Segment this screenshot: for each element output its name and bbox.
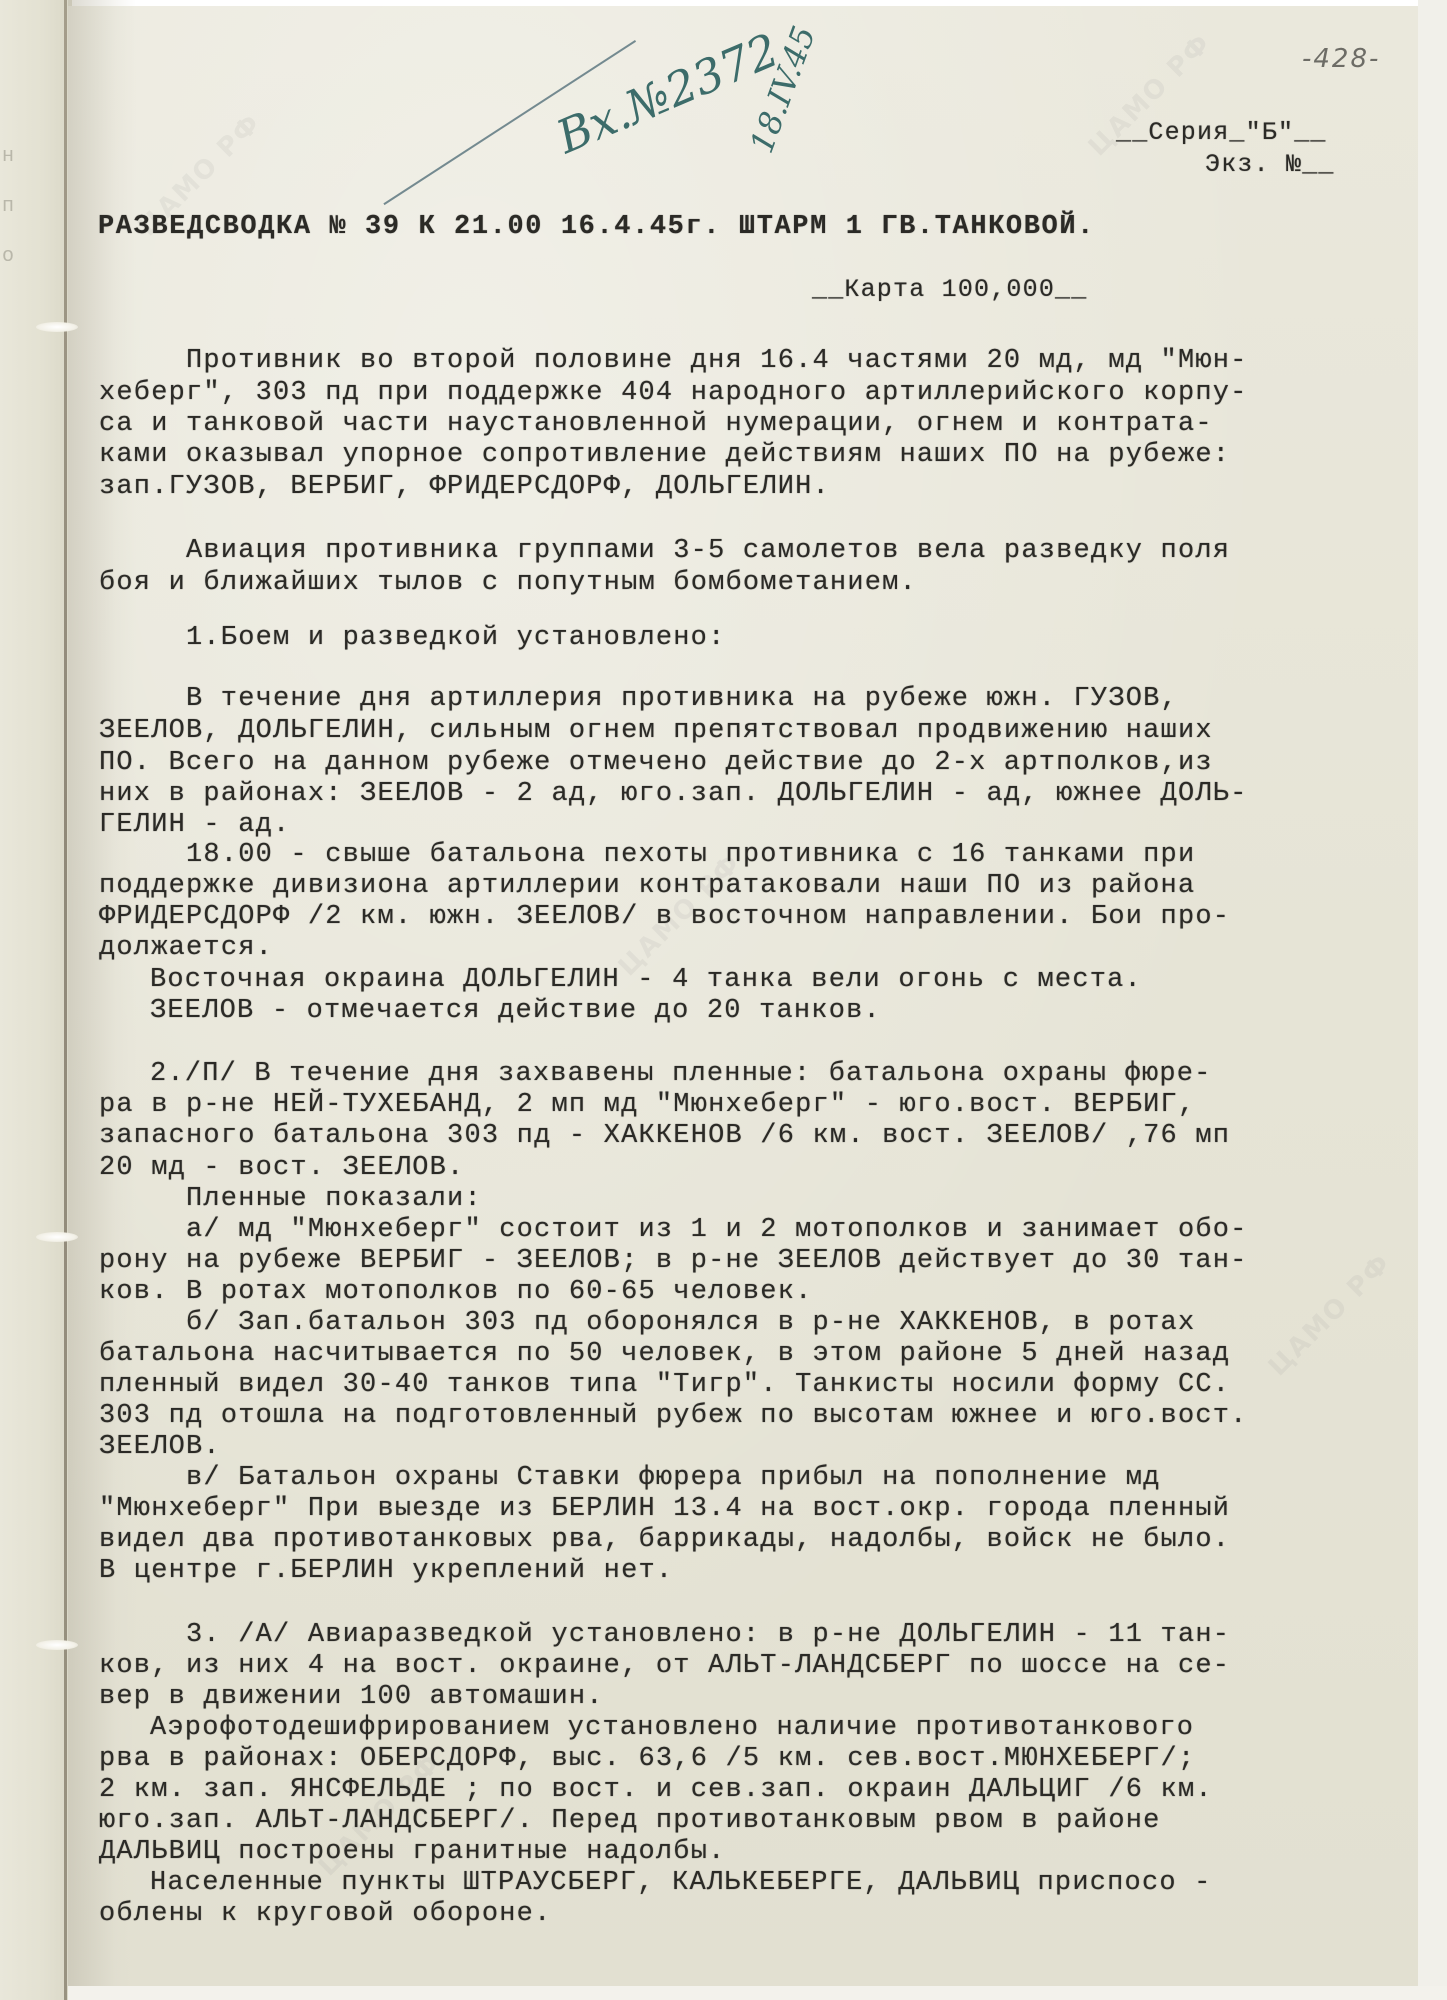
report-text-line: 2 км. зап. ЯНСФЕЛЬДЕ ; по вост. и сев.за… [99,1775,1213,1805]
report-text-line: них в районах: ЗЕЕЛОВ - 2 ад, юго.зап. Д… [99,779,1248,809]
report-text-line: запасного батальона 303 пд - ХАККЕНОВ /6… [99,1121,1230,1151]
report-text-line: ЗЕЕЛОВ - отмечается действие до 20 танко… [150,996,881,1026]
report-text-line: ков. В ротах мотополков по 60-65 человек… [99,1277,813,1307]
report-title: РАЗВЕДСВОДКА № 39 К 21.00 16.4.45г. ШТАР… [98,212,1095,242]
report-text-line: 303 пд отошла на подготовленный рубеж по… [99,1401,1248,1431]
bleed-through-mark: п [2,200,16,214]
report-text-line: 1.Боем и разведкой установлено: [186,623,725,653]
report-text-line: поддержке дивизиона артиллерии контратак… [99,871,1195,901]
report-text-line: вер в движении 100 автомашин. [99,1682,604,1712]
report-text-line: ЗЕЕЛОВ. [99,1432,221,1462]
report-text-line: юго.зап. АЛЬТ-ЛАНДСБЕРГ/. Перед противот… [99,1806,1161,1836]
series-label: __Серия_"Б"__ [1116,118,1327,148]
left-margin-strip: н п о [0,0,72,2000]
fold-crease [64,0,67,2000]
punch-hole [36,322,78,332]
report-text-line: ками оказывал упорное сопротивление дейс… [99,440,1230,470]
report-text-line: рону на рубеже ВЕРБИГ - ЗЕЕЛОВ; в р-не З… [99,1246,1248,1276]
right-margin-strip [1418,0,1447,2000]
report-text-line: должается. [99,933,273,963]
report-text-line: ков, из них 4 на вост. окраине, от АЛЬТ-… [99,1651,1230,1681]
copy-number-label: Экз. №__ [1205,150,1335,180]
report-text-line: ЗЕЕЛОВ, ДОЛЬГЕЛИН, сильным огнем препятс… [99,716,1213,746]
report-text-line: пленный видел 30-40 танков типа "Тигр". … [99,1370,1230,1400]
report-text-line: боя и ближайших тылов с попутным бомбоме… [99,568,917,598]
page-number: -428- [1302,44,1380,74]
report-text-line: ФРИДЕРСДОРФ /2 км. южн. ЗЕЕЛОВ/ в восточ… [99,902,1230,932]
report-text-line: Авиация противника группами 3-5 самолето… [186,536,1230,566]
report-text-line: б/ Зап.батальон 303 пд оборонялся в р-не… [186,1308,1195,1338]
report-text-line: батальона насчитывается по 50 человек, в… [99,1339,1230,1369]
report-text-line: 2./П/ В течение дня захвавены пленные: б… [150,1059,1212,1089]
report-text-line: Населенные пункты ШТРАУСБЕРГ, КАЛЬКЕБЕРГ… [150,1868,1212,1898]
report-text-line: 20 мд - вост. ЗЕЕЛОВ. [99,1153,464,1183]
map-scale-label: __Карта 100,000__ [812,275,1087,305]
punch-hole [36,1232,78,1242]
report-text-line: хеберг", 303 пд при поддержке 404 народн… [99,378,1248,408]
report-text-line: В течение дня артиллерия противника на р… [186,684,1178,714]
report-text-line: Противник во второй половине дня 16.4 ча… [186,346,1248,376]
report-text-line: а/ мд "Мюнхеберг" состоит из 1 и 2 мотоп… [186,1215,1248,1245]
report-text-line: "Мюнхеберг" При выезде из БЕРЛИН 13.4 на… [99,1494,1230,1524]
report-text-line: облены к круговой обороне. [99,1899,551,1929]
report-text-line: ПО. Всего на данном рубеже отмечено дейс… [99,748,1213,778]
report-text-line: ра в р-не НЕЙ-ТУХЕБАНД, 2 мп мд "Мюнхебе… [99,1090,1195,1120]
report-text-line: Восточная окраина ДОЛЬГЕЛИН - 4 танка ве… [150,965,1142,995]
report-text-line: 3. /А/ Авиаразведкой установлено: в р-не… [186,1620,1230,1650]
report-text-line: ДАЛЬВИЦ построены гранитные надолбы. [99,1837,726,1867]
bottom-margin-strip [68,1986,1447,2000]
report-text-line: зап.ГУЗОВ, ВЕРБИГ, ФРИДЕРСДОРФ, ДОЛЬГЕЛИ… [99,472,830,502]
report-text-line: 18.00 - свыше батальона пехоты противник… [186,840,1195,870]
report-text-line: рва в районах: ОБЕРСДОРФ, выс. 63,6 /5 к… [99,1744,1195,1774]
report-text-line: видел два противотанковых рва, баррикады… [99,1525,1230,1555]
report-text-line: В центре г.БЕРЛИН укреплений нет. [99,1556,673,1586]
bleed-through-mark: о [2,250,16,264]
punch-hole [36,1640,78,1650]
report-text-line: ГЕЛИН - ад. [99,810,290,840]
report-text-line: Пленные показали: [186,1184,482,1214]
report-text-line: в/ Батальон охраны Ставки фюрера прибыл … [186,1463,1161,1493]
report-text-line: Аэрофотодешифрированием установлено нали… [150,1713,1194,1743]
bleed-through-mark: н [2,150,16,164]
report-text-line: са и танковой части наустановленной нуме… [99,409,1213,439]
